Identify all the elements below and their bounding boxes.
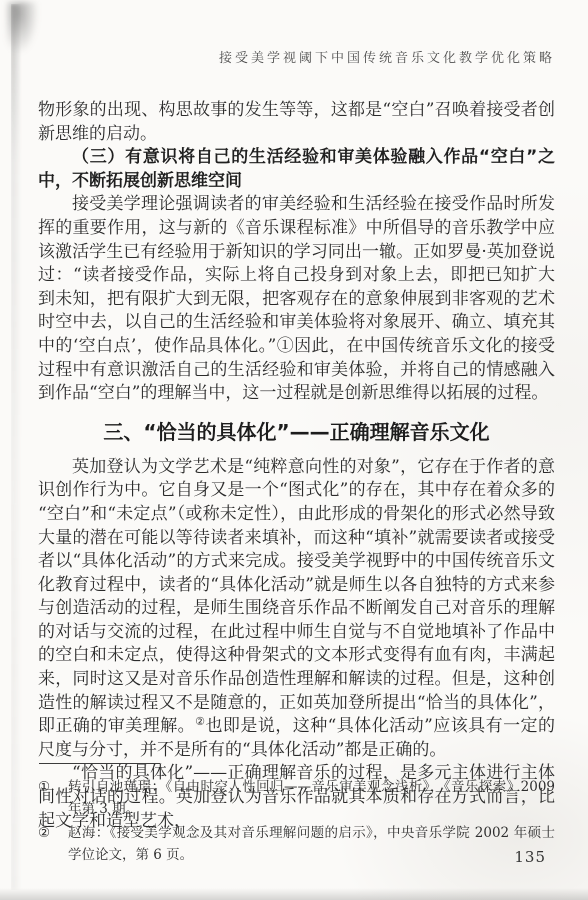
scan-corner-smudge	[7, 2, 41, 60]
paragraph: 英加登认为文学艺术是“纯粹意向性的对象”，它存在于作者的意识创作行为中。它自身又…	[38, 456, 555, 763]
paragraph-text: 英加登认为文学艺术是“纯粹意向性的对象”，它存在于作者的意识创作行为中。它自身又…	[38, 457, 555, 737]
section-title: 三、“恰当的具体化”——正确理解音乐文化	[38, 418, 555, 446]
page-content: 接受美学视阈下中国传统音乐文化教学优化策略 物形象的出现、构思故事的发生等等，这…	[38, 52, 555, 833]
footnote-reference-mark: ②	[195, 715, 205, 728]
paragraph: 接受美学理论强调读者的审美经验和生活经验在接受作品时所发挥的重要作用，这与新的《…	[38, 193, 555, 405]
footnote: ① 转引自池瑾璟：《自由时空人性回归——音乐审美观念浅析》，《音乐探索》2009…	[38, 777, 555, 820]
footnote-text: 转引自池瑾璟：《自由时空人性回归——音乐审美观念浅析》，《音乐探索》2009 年…	[68, 777, 555, 820]
footnote-divider	[39, 763, 160, 764]
footnote-marker: ②	[38, 823, 68, 866]
body-text: 物形象的出现、构思故事的发生等等，这都是“空白”召唤着接受者创新思维的启动。 （…	[38, 99, 555, 833]
paragraph-continued: 物形象的出现、构思故事的发生等等，这都是“空白”召唤着接受者创新思维的启动。	[38, 99, 555, 146]
scan-bottom-edge	[0, 888, 588, 900]
scan-left-edge-shadow	[11, 4, 22, 890]
subsection-heading: （三）有意识将自己的生活经验和审美体验融入作品“空白”之中，不断拓展创新思维空间	[38, 146, 555, 193]
footnote-marker: ①	[38, 777, 68, 820]
footnote: ② 赵海：《接受美学观念及其对音乐理解问题的启示》，中央音乐学院 2002 年硕…	[38, 823, 555, 866]
footnote-area: ① 转引自池瑾璟：《自由时空人性回归——音乐审美观念浅析》，《音乐探索》2009…	[38, 763, 555, 866]
running-header: 接受美学视阈下中国传统音乐文化教学优化策略	[38, 52, 555, 66]
scanned-paper-page: 接受美学视阈下中国传统音乐文化教学优化策略 物形象的出现、构思故事的发生等等，这…	[0, 0, 588, 900]
page-number: 135	[514, 848, 546, 866]
footnote-text: 赵海：《接受美学观念及其对音乐理解问题的启示》，中央音乐学院 2002 年硕士学…	[68, 823, 555, 866]
